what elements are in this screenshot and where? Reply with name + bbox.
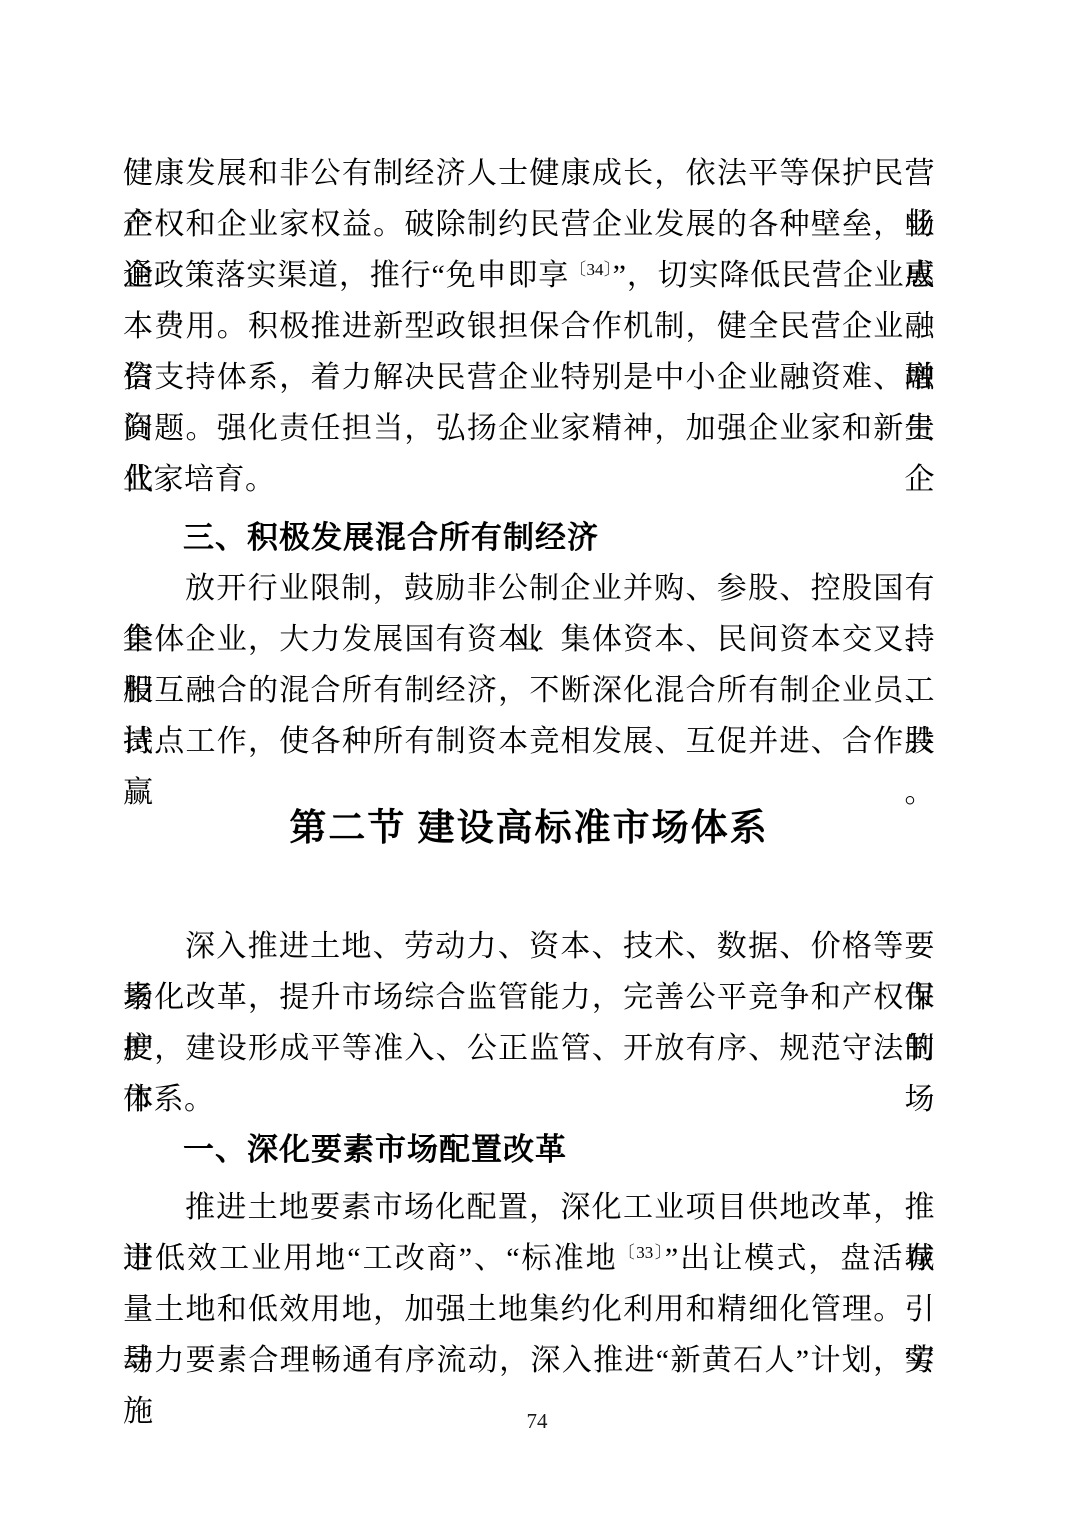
text-line: 市低效工业用地“工改商”、“标准地〔33〕”出让模式，盘活存 — [123, 1233, 935, 1284]
paragraph-mixed-economy: 放开行业限制，鼓励非公制企业并购、参股、控股国有企业、 集体企业，大力发展国有资… — [123, 563, 935, 767]
paragraph-factor-market: 推进土地要素市场化配置，深化工业项目供地改革，推进城 市低效工业用地“工改商”、… — [123, 1182, 935, 1386]
text-line: 产权和企业家权益。破除制约民营企业发展的各种壁垒，畅通惠 — [123, 199, 935, 250]
footnote-ref-34: 〔34〕 — [569, 260, 613, 279]
text-line: 动力要素合理畅通有序流动，深入推进“新黄石人”计划，实施 — [123, 1335, 935, 1386]
subsection-heading-mixed-economy: 三、积极发展混合所有制经济 — [123, 513, 935, 563]
paragraph-market-system: 深入推进土地、劳动力、资本、技术、数据、价格等要素市 场化改革，提升市场综合监管… — [123, 921, 935, 1125]
footnote-ref-33: 〔33〕 — [618, 1243, 665, 1262]
text-segment: 市低效工业用地“工改商”、“标准地 — [123, 1242, 618, 1275]
subsection-heading-factor-market: 一、深化要素市场配置改革 — [123, 1125, 935, 1175]
paragraph-continuation: 健康发展和非公有制经济人士健康成长，依法平等保护民营企业 产权和企业家权益。破除… — [123, 148, 935, 505]
text-line: 推进土地要素市场化配置，深化工业项目供地改革，推进城 — [123, 1182, 935, 1233]
document-page: 健康发展和非公有制经济人士健康成长，依法平等保护民营企业 产权和企业家权益。破除… — [0, 0, 1074, 1520]
text-line: 放开行业限制，鼓励非公制企业并购、参股、控股国有企业、 — [123, 563, 935, 614]
text-line: 信支持体系，着力解决民营企业特别是中小企业融资难、融资贵 — [123, 352, 935, 403]
text-content: 健康发展和非公有制经济人士健康成长，依法平等保护民营企业 产权和企业家权益。破除… — [123, 148, 935, 1386]
text-line: 企政策落实渠道，推行“免申即享〔34〕”，切实降低民营企业成 — [123, 250, 935, 301]
text-segment: ”出让模式，盘活存 — [665, 1242, 935, 1275]
text-line: 本费用。积极推进新型政银担保合作机制，健全民营企业融资增 — [123, 301, 935, 352]
page-number: 74 — [0, 1406, 1074, 1436]
text-line: 试点工作，使各种所有制资本竞相发展、互促并进、合作共赢。 — [123, 716, 935, 767]
text-line: 深入推进土地、劳动力、资本、技术、数据、价格等要素市 — [123, 921, 935, 972]
text-line: 相互融合的混合所有制经济，不断深化混合所有制企业员工持股 — [123, 665, 935, 716]
text-line: 量土地和低效用地，加强土地集约化利用和精细化管理。引导劳 — [123, 1284, 935, 1335]
text-line: 度，建设形成平等准入、公正监管、开放有序、规范守法的市场 — [123, 1023, 935, 1074]
text-segment: 企政策落实渠道，推行“免申即享 — [123, 259, 569, 292]
text-line: 场化改革，提升市场综合监管能力，完善公平竞争和产权保护制 — [123, 972, 935, 1023]
text-line: 问题。强化责任担当，弘扬企业家精神，加强企业家和新生代企 — [123, 403, 935, 454]
text-line: 健康发展和非公有制经济人士健康成长，依法平等保护民营企业 — [123, 148, 935, 199]
text-line: 集体企业，大力发展国有资本、集体资本、民间资本交叉持股、 — [123, 614, 935, 665]
text-segment: ”，切实降低民营企业成 — [613, 259, 935, 292]
